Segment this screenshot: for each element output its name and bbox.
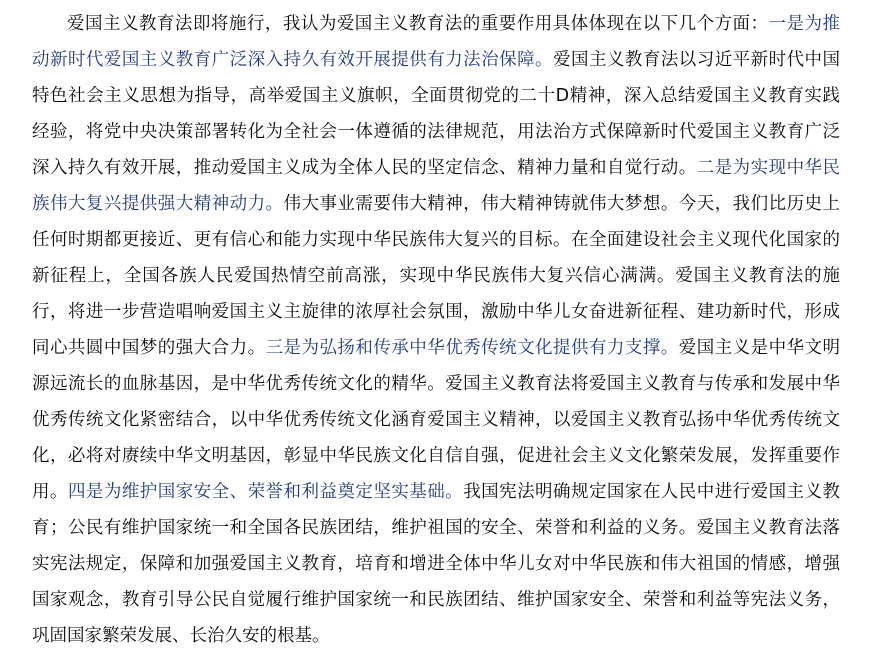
text-line: 爱国主义教育法即将施行，我认为爱国主义教育法的重要作用具体体现在以下几个方面：一…	[32, 6, 840, 42]
paragraph: 爱国主义教育法即将施行，我认为爱国主义教育法的重要作用具体体现在以下几个方面：一…	[32, 6, 840, 654]
text-segment: 爱国主义是中华文明	[679, 338, 840, 358]
text-segment: 用。	[32, 482, 68, 502]
text-segment: 国家观念，教育引导公民自觉履行维护国家统一和民族团结、维护国家安全、荣誉和利益等…	[32, 590, 840, 610]
text-segment: 化，必将对赓续中华文明基因，彰显中华民族文化自信自强，促进社会主义文化繁荣发展，…	[32, 446, 840, 466]
text-line: 同心共圆中国梦的强大合力。三是为弘扬和传承中华优秀传统文化提供有力支撑。爱国主义…	[32, 330, 840, 366]
document-page: 爱国主义教育法即将施行，我认为爱国主义教育法的重要作用具体体现在以下几个方面：一…	[0, 0, 871, 659]
text-segment: 源远流长的血脉基因，是中华优秀传统文化的精华。爱国主义教育法将爱国主义教育与传承…	[32, 374, 840, 394]
text-line: 行，将进一步营造唱响爱国主义主旋律的浓厚社会氛围，激励中华儿女奋进新征程、建功新…	[32, 294, 840, 330]
text-segment: 特色社会主义思想为指导，高举爱国主义旗帜，全面贯彻党的二十D精神，深入总结爱国主…	[32, 86, 840, 106]
text-segment: 巩固国家繁荣发展、长治久安的根基。	[32, 626, 330, 646]
text-segment: 深入持久有效开展，推动爱国主义成为全体人民的坚定信念、精神力量和自觉行动。	[32, 158, 697, 178]
text-segment: 伟大事业需要伟大精神，伟大精神铸就伟大梦想。今天，我们比历史上	[284, 194, 840, 214]
text-segment: 同心共圆中国梦的强大合力。	[32, 338, 266, 358]
highlighted-text-segment: 二是为实现中华民	[697, 158, 840, 178]
text-line: 任何时期都更接近、更有信心和能力实现中华民族伟大复兴的目标。在全面建设社会主义现…	[32, 222, 840, 258]
text-line: 国家观念，教育引导公民自觉履行维护国家统一和民族团结、维护国家安全、荣誉和利益等…	[32, 582, 840, 618]
highlighted-text-segment: 三是为弘扬和传承中华优秀传统文化提供有力支撑。	[266, 338, 679, 358]
text-line: 源远流长的血脉基因，是中华优秀传统文化的精华。爱国主义教育法将爱国主义教育与传承…	[32, 366, 840, 402]
text-segment: 优秀传统文化紧密结合，以中华优秀传统文化涵育爱国主义精神，以爱国主义教育弘扬中华…	[32, 410, 840, 430]
text-line: 化，必将对赓续中华文明基因，彰显中华民族文化自信自强，促进社会主义文化繁荣发展，…	[32, 438, 840, 474]
text-line: 巩固国家繁荣发展、长治久安的根基。	[32, 618, 840, 654]
highlighted-text-segment: 族伟大复兴提供强大精神动力。	[32, 194, 284, 214]
text-line: 新征程上，全国各族人民爱国热情空前高涨，实现中华民族伟大复兴信心满满。爱国主义教…	[32, 258, 840, 294]
text-line: 经验，将党中央决策部署转化为全社会一体遵循的法律规范，用法治方式保障新时代爱国主…	[32, 114, 840, 150]
text-line: 动新时代爱国主义教育广泛深入持久有效开展提供有力法治保障。爱国主义教育法以习近平…	[32, 42, 840, 78]
text-segment: 实宪法规定，保障和加强爱国主义教育，培育和增进全体中华儿女对中华民族和伟大祖国的…	[32, 554, 840, 574]
text-segment: 任何时期都更接近、更有信心和能力实现中华民族伟大复兴的目标。在全面建设社会主义现…	[32, 230, 840, 250]
highlighted-text-segment: 动新时代爱国主义教育广泛深入持久有效开展提供有力法治保障。	[32, 50, 553, 70]
text-segment: 育；公民有维护国家统一和全国各民族团结，维护祖国的安全、荣誉和利益的义务。爱国主…	[32, 518, 840, 538]
text-segment: 行，将进一步营造唱响爱国主义主旋律的浓厚社会氛围，激励中华儿女奋进新征程、建功新…	[32, 302, 840, 322]
text-segment: 爱国主义教育法即将施行，我认为爱国主义教育法的重要作用具体体现在以下几个方面：	[67, 14, 769, 34]
text-line: 育；公民有维护国家统一和全国各民族团结，维护祖国的安全、荣誉和利益的义务。爱国主…	[32, 510, 840, 546]
highlighted-text-segment: 四是为维护国家安全、荣誉和利益奠定坚实基础。	[68, 482, 463, 502]
text-segment: 我国宪法明确规定国家在人民中进行爱国主义教	[463, 482, 840, 502]
text-segment: 经验，将党中央决策部署转化为全社会一体遵循的法律规范，用法治方式保障新时代爱国主…	[32, 122, 840, 142]
highlighted-text-segment: 一是为推	[769, 14, 840, 34]
text-segment: 爱国主义教育法以习近平新时代中国	[553, 50, 840, 70]
text-line: 族伟大复兴提供强大精神动力。伟大事业需要伟大精神，伟大精神铸就伟大梦想。今天，我…	[32, 186, 840, 222]
text-line: 用。四是为维护国家安全、荣誉和利益奠定坚实基础。我国宪法明确规定国家在人民中进行…	[32, 474, 840, 510]
text-line: 深入持久有效开展，推动爱国主义成为全体人民的坚定信念、精神力量和自觉行动。二是为…	[32, 150, 840, 186]
text-line: 实宪法规定，保障和加强爱国主义教育，培育和增进全体中华儿女对中华民族和伟大祖国的…	[32, 546, 840, 582]
text-line: 优秀传统文化紧密结合，以中华优秀传统文化涵育爱国主义精神，以爱国主义教育弘扬中华…	[32, 402, 840, 438]
text-segment: 新征程上，全国各族人民爱国热情空前高涨，实现中华民族伟大复兴信心满满。爱国主义教…	[32, 266, 840, 286]
text-line: 特色社会主义思想为指导，高举爱国主义旗帜，全面贯彻党的二十D精神，深入总结爱国主…	[32, 78, 840, 114]
